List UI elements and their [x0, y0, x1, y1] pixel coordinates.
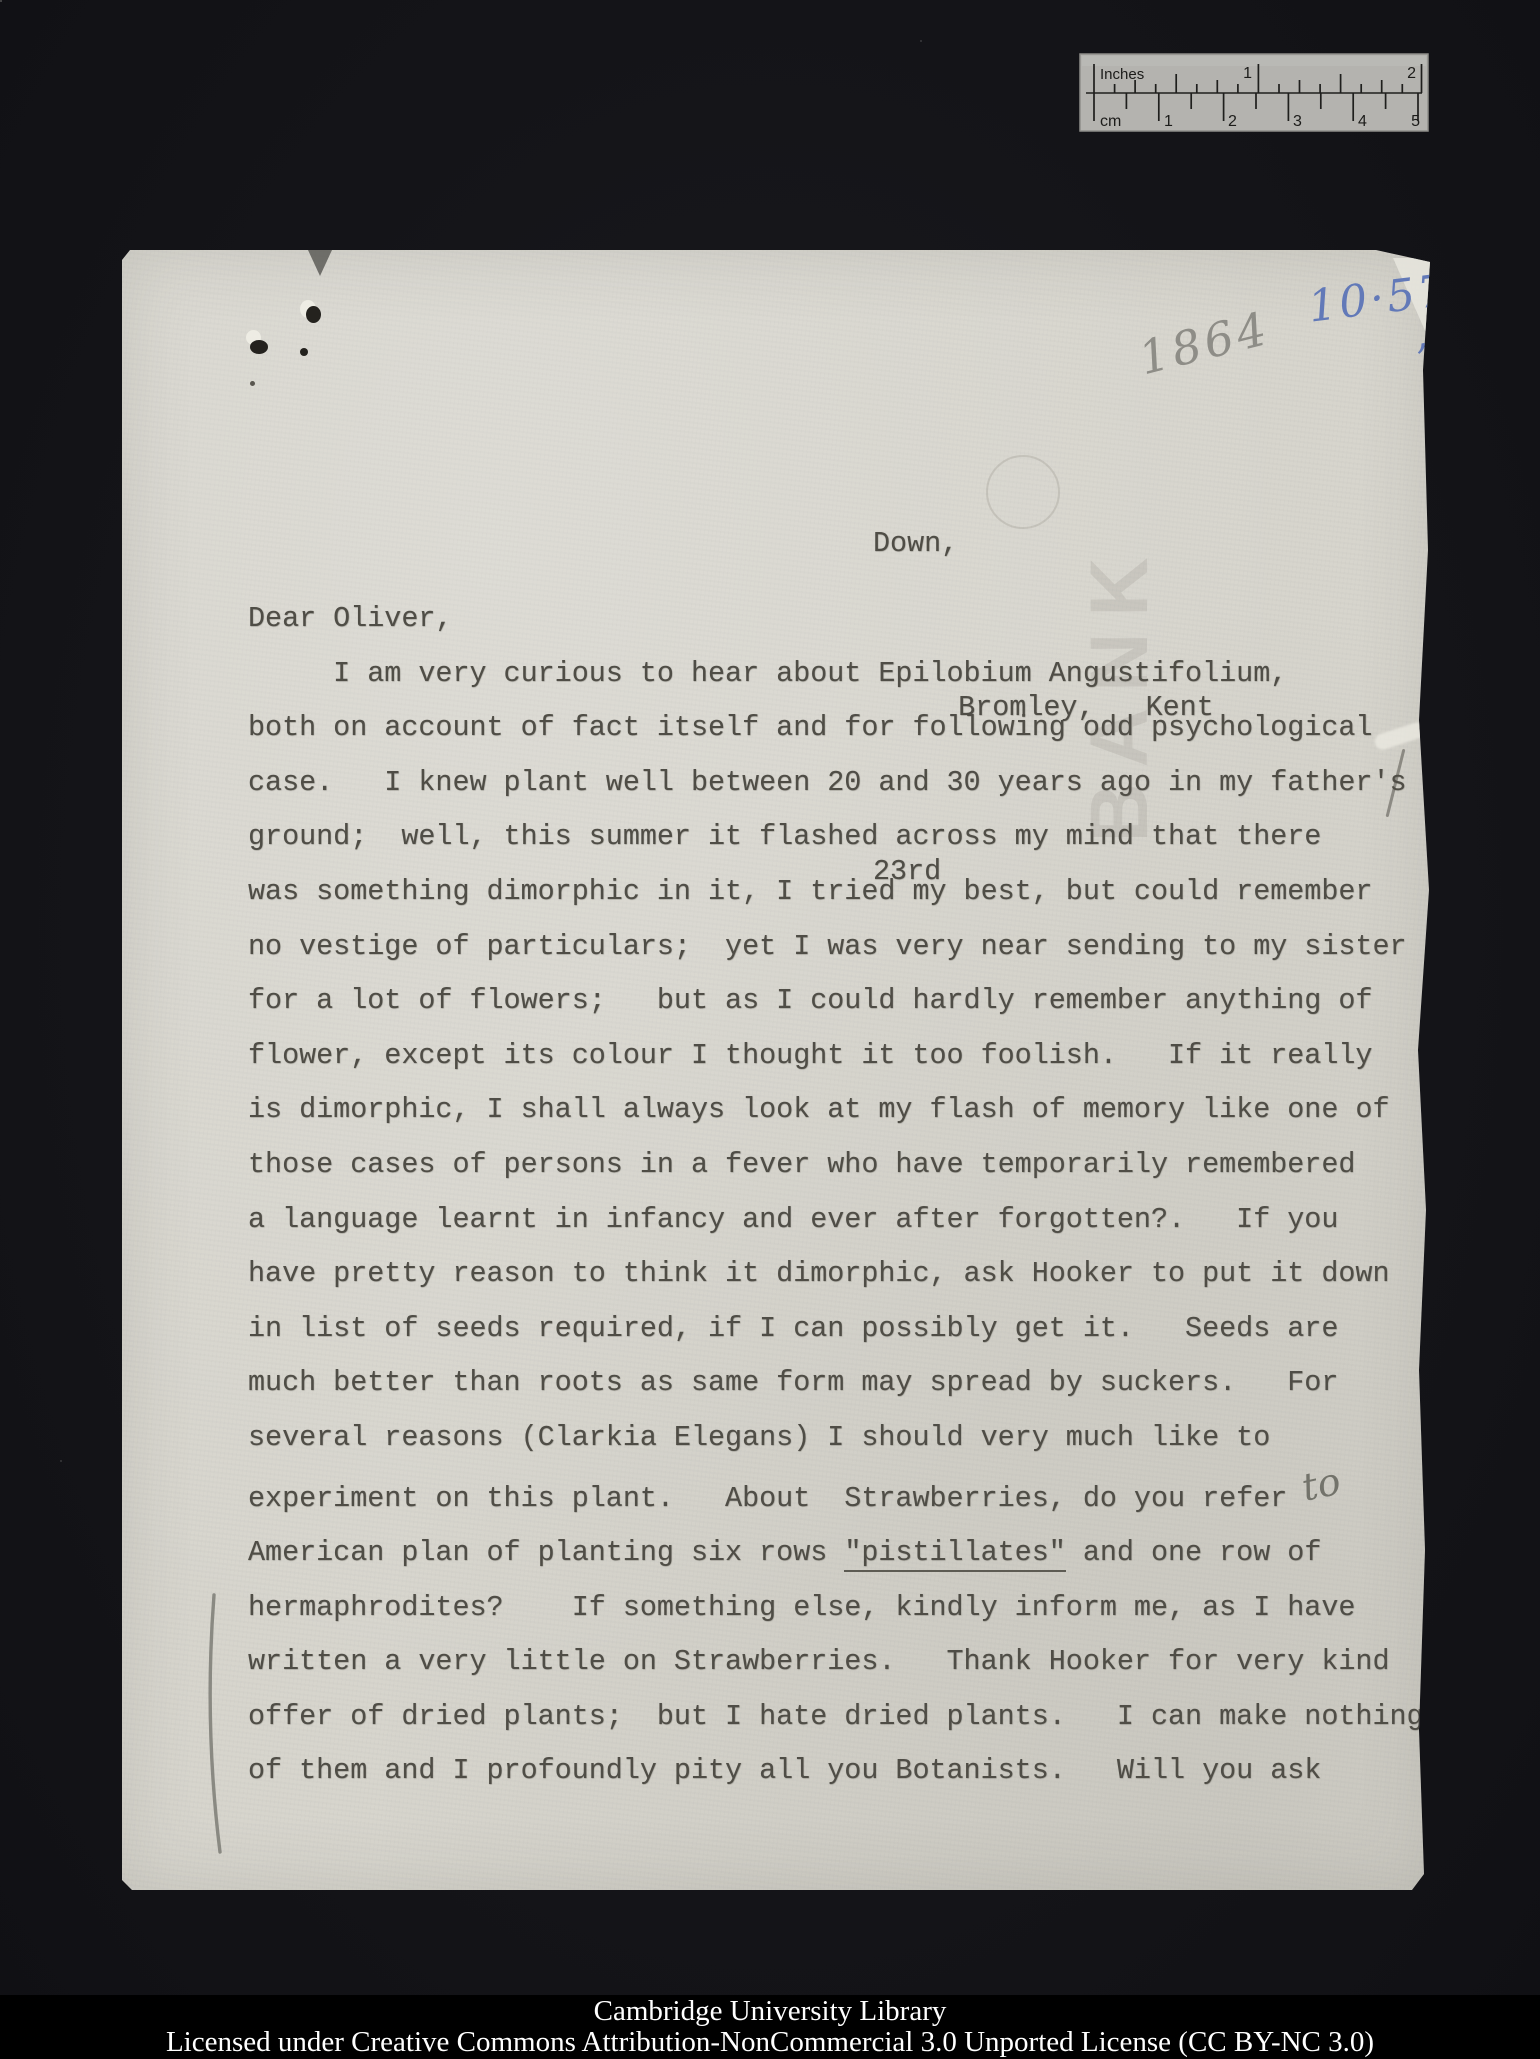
letter-line-text: was something dimorphic in it, I tried m… [248, 875, 1372, 908]
ruler-graphic: Inches 1 2 cm 1 2 3 4 5 [1080, 54, 1428, 131]
shelfmark-comma: , [1410, 311, 1431, 359]
letter-line: in list of seeds required, if I can poss… [248, 1302, 1424, 1357]
ruler-cm-number: 1 [1164, 113, 1173, 130]
letter-line-text: I am very curious to hear about Epilobiu… [248, 657, 1287, 690]
letter-line: I am very curious to hear about Epilobiu… [248, 647, 1424, 702]
margin-pencil-line [202, 1592, 228, 1856]
letter-line: offer of dried plants; but I hate dried … [248, 1690, 1424, 1745]
scan-background: Inches 1 2 cm 1 2 3 4 5 BANK 10·57] , 18… [0, 0, 1540, 2059]
letter-line: was something dimorphic in it, I tried m… [248, 865, 1424, 920]
letter-line-text: written a very little on Strawberries. T… [248, 1645, 1390, 1678]
letter-line: hermaphrodites? If something else, kindl… [248, 1581, 1424, 1636]
letter-line: is dimorphic, I shall always look at my … [248, 1083, 1424, 1138]
letter-line-text: several reasons (Clarkia Elegans) I shou… [248, 1421, 1270, 1454]
heading-place: Down, [873, 517, 1214, 572]
letter-line-text: no vestige of particulars; yet I was ver… [248, 930, 1407, 963]
letter-line-text: ground; well, this summer it flashed acr… [248, 820, 1321, 853]
letter-line: case. I knew plant well between 20 and 3… [248, 756, 1424, 811]
footer-credit: Cambridge University Library Licensed un… [0, 1995, 1540, 2059]
letter-line: flower, except its colour I thought it t… [248, 1029, 1424, 1084]
ruler-inch-number: 1 [1243, 65, 1252, 82]
letter-line-text: and one row of [1066, 1536, 1322, 1569]
ink-blot [300, 348, 308, 356]
letter-line: experiment on this plant. About Strawber… [248, 1466, 1424, 1527]
letter-line-text: offer of dried plants; but I hate dried … [248, 1700, 1424, 1733]
letter-line-text: those cases of persons in a fever who ha… [248, 1148, 1355, 1181]
ruler-cm-number: 5 [1411, 113, 1420, 130]
letter-line-text: case. I knew plant well between 20 and 3… [248, 766, 1407, 799]
ruler-inches-label: Inches [1100, 66, 1144, 83]
letter-line: several reasons (Clarkia Elegans) I shou… [248, 1411, 1424, 1466]
letter-line: much better than roots as same form may … [248, 1356, 1424, 1411]
dust-specks [0, 0, 2, 2]
letter-line-text: flower, except its colour I thought it t… [248, 1039, 1372, 1072]
letter-line: a language learnt in infancy and ever af… [248, 1193, 1424, 1248]
ruler-inch-number: 2 [1407, 65, 1416, 82]
ruler-cm-number: 2 [1228, 113, 1237, 130]
letter-line-text: both on account of fact itself and for f… [248, 711, 1372, 744]
letter-line: Dear Oliver, [248, 592, 1424, 647]
letter-line-text: Dear Oliver, [248, 602, 452, 635]
letter-line-text: have pretty reason to think it dimorphic… [248, 1257, 1390, 1290]
ink-blot [306, 306, 321, 323]
ruler-cm-number: 3 [1293, 113, 1302, 130]
letter-line-text: hermaphrodites? If something else, kindl… [248, 1591, 1355, 1624]
footer-license: Licensed under Creative Commons Attribut… [166, 2027, 1374, 2058]
letter-line-text: much better than roots as same form may … [248, 1366, 1338, 1399]
letter-line: of them and I profoundly pity all you Bo… [248, 1744, 1424, 1799]
ruler-cm-number: 4 [1358, 113, 1367, 130]
ruler-cm-label: cm [1100, 113, 1121, 130]
letter-line-text: a language learnt in infancy and ever af… [248, 1203, 1338, 1236]
letter-line-text: in list of seeds required, if I can poss… [248, 1312, 1338, 1345]
letter-line-text: is dimorphic, I shall always look at my … [248, 1093, 1390, 1126]
letter-line: American plan of planting six rows "pist… [248, 1526, 1424, 1581]
footer-institution: Cambridge University Library [594, 1996, 947, 2027]
letter-line: for a lot of flowers; but as I could har… [248, 974, 1424, 1029]
letter-line: written a very little on Strawberries. T… [248, 1635, 1424, 1690]
letter-line: both on account of fact itself and for f… [248, 701, 1424, 756]
ink-mark [308, 250, 332, 276]
letter-line-text: American plan of planting six rows [248, 1536, 844, 1569]
ink-dot [250, 381, 255, 386]
underlined-word: "pistillates" [844, 1536, 1065, 1572]
letter-line-text: for a lot of flowers; but as I could har… [248, 984, 1372, 1017]
letter-page: BANK 10·57] , 1864 Down, Bromley, Kent 2… [122, 250, 1430, 1890]
letter-line: have pretty reason to think it dimorphic… [248, 1247, 1424, 1302]
letter-line-text: experiment on this plant. About Strawber… [248, 1482, 1304, 1515]
ruler-sheen [1082, 56, 1426, 66]
letter-line: no vestige of particulars; yet I was ver… [248, 920, 1424, 975]
ink-blot [250, 340, 268, 354]
letter-body: Dear Oliver, I am very curious to hear a… [248, 592, 1424, 1799]
year-annotation: 1864 [1133, 301, 1275, 386]
letter-line: those cases of persons in a fever who ha… [248, 1138, 1424, 1193]
measurement-ruler: Inches 1 2 cm 1 2 3 4 5 [1080, 54, 1428, 131]
shelfmark-annotation: 10·57] [1305, 262, 1471, 332]
letter-line-text: of them and I profoundly pity all you Bo… [248, 1754, 1321, 1787]
letter-line: ground; well, this summer it flashed acr… [248, 810, 1424, 865]
